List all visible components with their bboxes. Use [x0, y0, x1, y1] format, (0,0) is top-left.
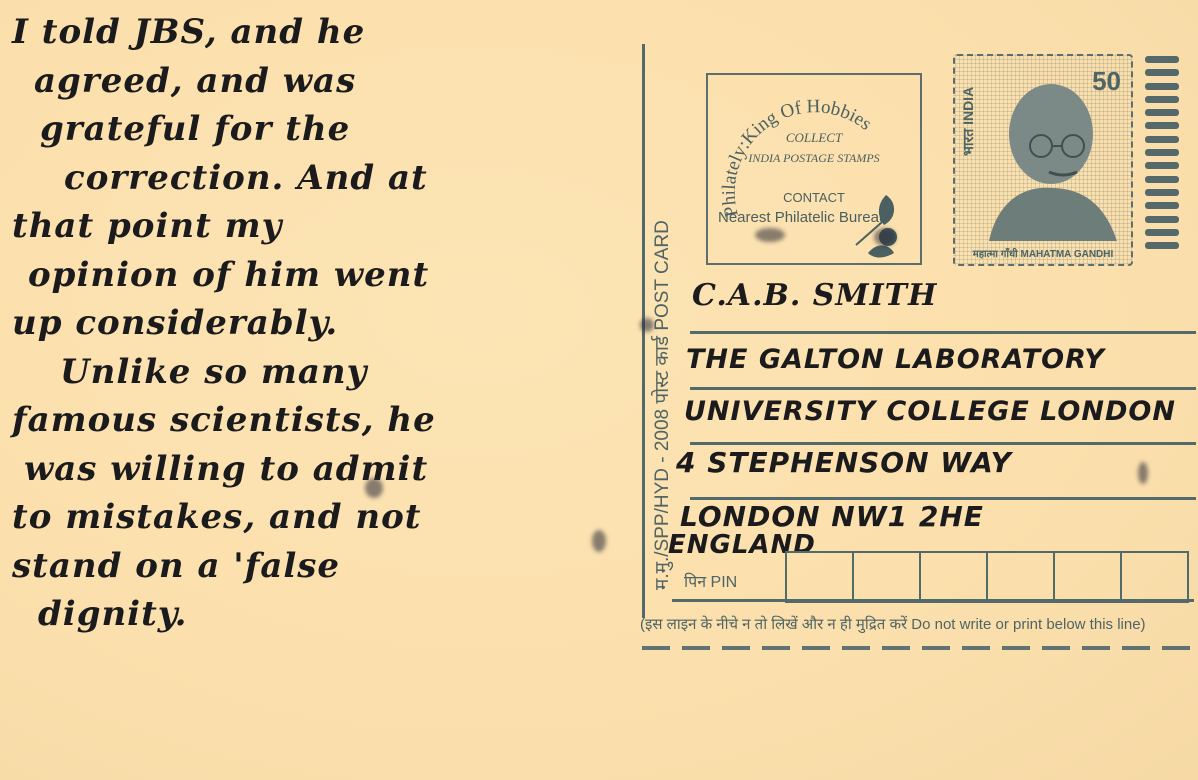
- postage-stamp: भारत INDIA 50 महात्मा गाँधी MAHATMA GAND…: [953, 54, 1133, 266]
- address-name: C.A.B. SMITH: [692, 278, 937, 313]
- message-line: up considerably.: [12, 299, 632, 348]
- message-line: dignity.: [12, 590, 632, 639]
- ink-smudge: [592, 530, 606, 552]
- address-rule: [690, 387, 1196, 390]
- message-line: famous scientists, he: [12, 396, 632, 445]
- pin-box: [787, 553, 854, 603]
- message-line: agreed, and was: [12, 57, 632, 106]
- postcard: I told JBS, and he agreed, and was grate…: [0, 0, 1198, 780]
- handwritten-message: I told JBS, and he agreed, and was grate…: [12, 8, 632, 639]
- dashed-line: [642, 646, 1190, 650]
- message-line: Unlike so many: [12, 348, 632, 397]
- pin-code-boxes: [785, 551, 1189, 603]
- pin-underline: [672, 599, 1194, 602]
- gandhi-portrait-icon: [979, 76, 1119, 241]
- message-line: to mistakes, and not: [12, 493, 632, 542]
- pin-box: [921, 553, 988, 603]
- ink-smudge: [365, 478, 383, 498]
- ink-smudge: [640, 318, 654, 332]
- postcard-vertical-label: म.मु./SPP/HYD - 2008 पोस्ट कार्ड POST CA…: [640, 110, 680, 590]
- message-line: stand on a 'false: [12, 542, 632, 591]
- message-line: correction. And at: [12, 154, 632, 203]
- promo-bureau: Nearest Philatelic Bureau: [718, 209, 887, 226]
- do-not-write-notice: (इस लाइन के नीचे न तो लिखें और न ही मुद्…: [640, 614, 1146, 634]
- address-rule: [690, 331, 1196, 334]
- ink-smudge: [755, 228, 785, 242]
- message-line: opinion of him went: [12, 251, 632, 300]
- message-line: was willing to admit: [12, 445, 632, 494]
- message-line: grateful for the: [12, 105, 632, 154]
- promo-collect: COLLECT: [708, 130, 920, 146]
- stamp-country: भारत INDIA: [959, 87, 978, 156]
- pin-box: [1055, 553, 1122, 603]
- stamp-caption: महात्मा गाँधी MAHATMA GANDHI: [961, 246, 1125, 260]
- address-line-3: 4 STEPHENSON WAY: [676, 446, 1012, 479]
- pin-box: [1122, 553, 1189, 603]
- ink-smudge: [1138, 462, 1148, 484]
- promo-stamps: INDIA POSTAGE STAMPS: [708, 151, 920, 166]
- pin-box: [988, 553, 1055, 603]
- address-line-2: UNIVERSITY COLLEGE LONDON: [684, 396, 1176, 427]
- pin-label: पिन PIN: [684, 570, 737, 592]
- ink-smudge: [874, 228, 896, 246]
- address-rule: [690, 442, 1196, 445]
- pin-box: [854, 553, 921, 603]
- address-line-4: LONDON NW1 2HE: [680, 500, 984, 533]
- postal-barcode: [1145, 56, 1179, 255]
- promo-contact: CONTACT: [708, 190, 920, 205]
- message-line: that point my: [12, 202, 632, 251]
- message-line: I told JBS, and he: [12, 8, 632, 57]
- address-line-1: THE GALTON LABORATORY: [686, 344, 1105, 375]
